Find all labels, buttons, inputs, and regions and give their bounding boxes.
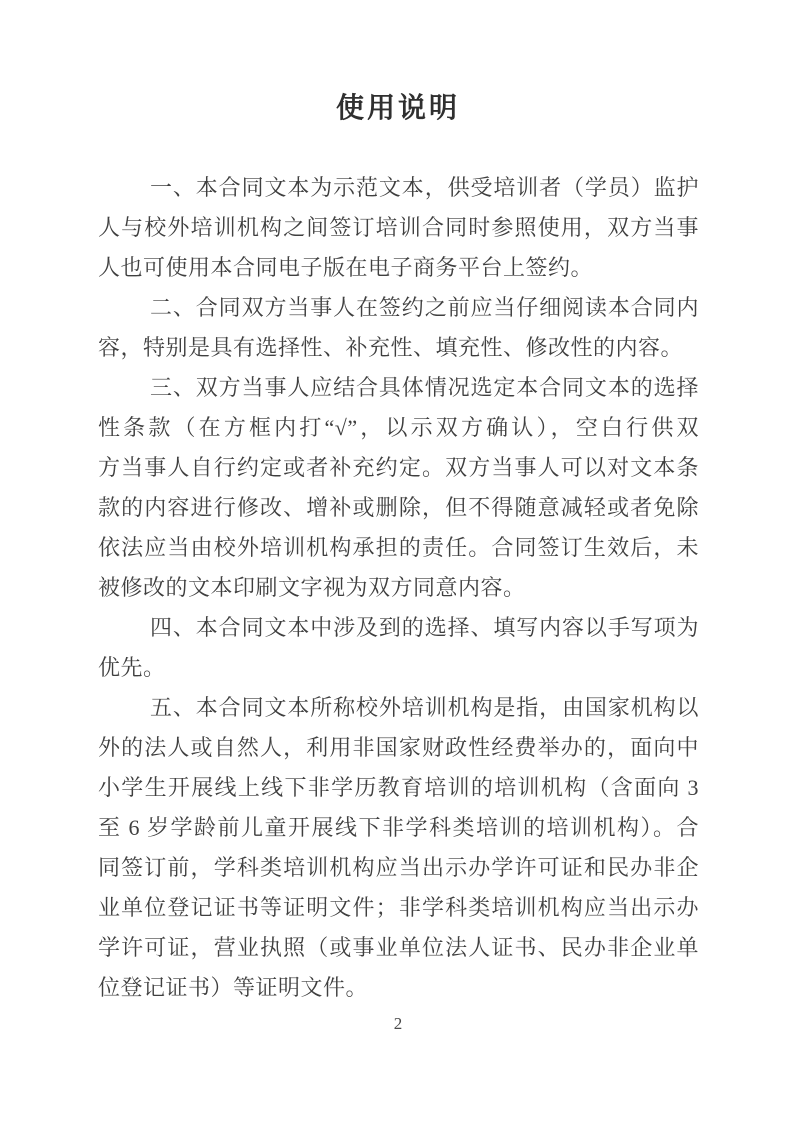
text-line: 依法应当由校外培训机构承担的责任。合同签订生效后，未 [98,528,699,568]
text-line: 一、本合同文本为示范文本，供受培训者（学员）监护 [98,168,699,208]
text-line: 容，特别是具有选择性、补充性、填充性、修改性的内容。 [98,328,699,368]
paragraph-5: 五、本合同文本所称校外培训机构是指，由国家机构以 外的法人或自然人，利用非国家财… [98,688,699,1008]
paragraph-1: 一、本合同文本为示范文本，供受培训者（学员）监护 人与校外培训机构之间签订培训合… [98,168,699,288]
text-line: 业单位登记证书等证明文件；非学科类培训机构应当出示办 [98,888,699,928]
paragraph-4: 四、本合同文本中涉及到的选择、填写内容以手写项为 优先。 [98,608,699,688]
text-line: 四、本合同文本中涉及到的选择、填写内容以手写项为 [98,608,699,648]
text-line: 学许可证，营业执照（或事业单位法人证书、民办非企业单 [98,928,699,968]
text-line: 外的法人或自然人，利用非国家财政性经费举办的，面向中 [98,728,699,768]
text-line: 小学生开展线上线下非学历教育培训的培训机构（含面向 3 [98,768,699,808]
text-line: 同签订前，学科类培训机构应当出示办学许可证和民办非企 [98,848,699,888]
text-line: 款的内容进行修改、增补或删除，但不得随意减轻或者免除 [98,488,699,528]
text-line: 性条款（在方框内打“√”，以示双方确认），空白行供双 [98,408,699,448]
page-number: 2 [0,1014,796,1034]
text-line: 五、本合同文本所称校外培训机构是指，由国家机构以 [98,688,699,728]
document-page: 使用说明 一、本合同文本为示范文本，供受培训者（学员）监护 人与校外培训机构之间… [0,0,796,1122]
text-line: 优先。 [98,648,699,688]
paragraph-2: 二、合同双方当事人在签约之前应当仔细阅读本合同内 容，特别是具有选择性、补充性、… [98,288,699,368]
text-line: 位登记证书）等证明文件。 [98,968,699,1008]
text-line: 人与校外培训机构之间签订培训合同时参照使用，双方当事 [98,208,699,248]
paragraph-3: 三、双方当事人应结合具体情况选定本合同文本的选择 性条款（在方框内打“√”，以示… [98,368,699,608]
text-line: 至 6 岁学龄前儿童开展线下非学科类培训的培训机构）。合 [98,808,699,848]
text-line: 二、合同双方当事人在签约之前应当仔细阅读本合同内 [98,288,699,328]
text-line: 人也可使用本合同电子版在电子商务平台上签约。 [98,248,699,288]
text-line: 被修改的文本印刷文字视为双方同意内容。 [98,568,699,608]
text-line: 三、双方当事人应结合具体情况选定本合同文本的选择 [98,368,699,408]
text-line: 方当事人自行约定或者补充约定。双方当事人可以对文本条 [98,448,699,488]
document-body: 一、本合同文本为示范文本，供受培训者（学员）监护 人与校外培训机构之间签订培训合… [98,168,699,1008]
document-title: 使用说明 [0,86,796,126]
